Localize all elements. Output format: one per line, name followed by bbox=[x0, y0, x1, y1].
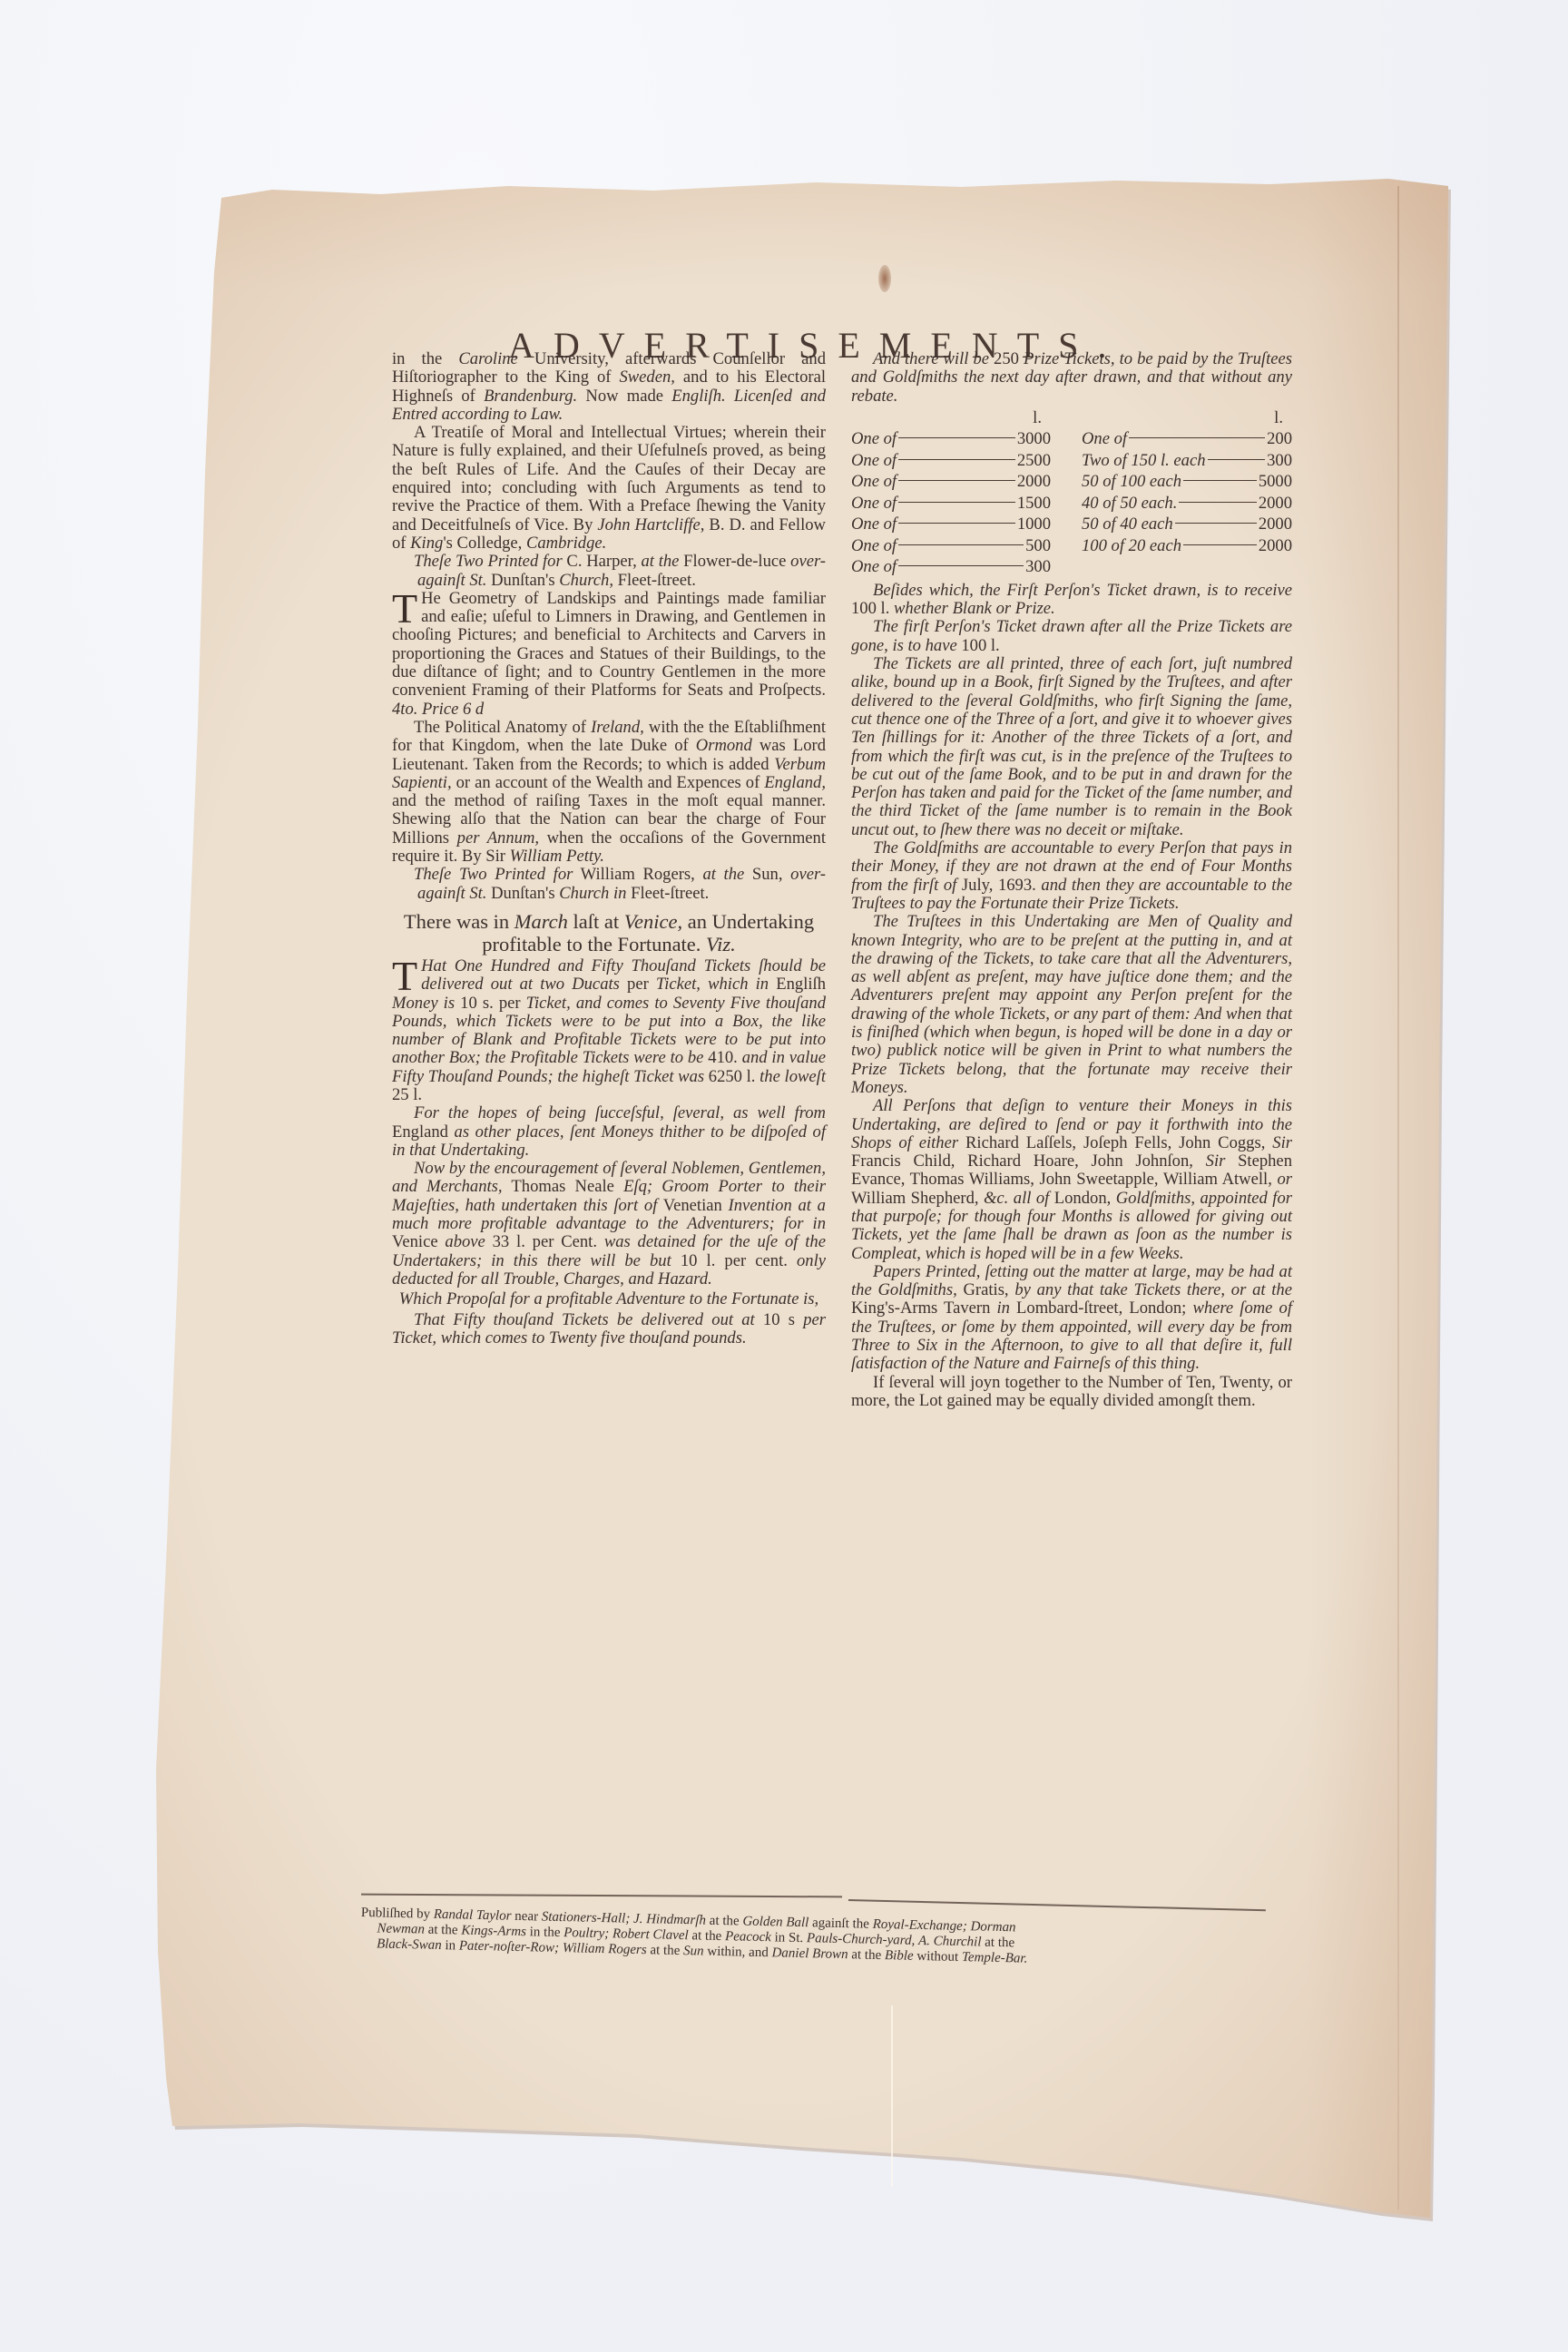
roman-run: 33 l. per Cent. bbox=[485, 1232, 604, 1251]
leader-dash bbox=[1175, 523, 1257, 524]
trustees-paragraph: The Truſtees in this Undertaking are Men… bbox=[851, 913, 1292, 1097]
prize-label: One of bbox=[1082, 428, 1127, 450]
lottery-paragraph-neale: Now by the encouragement of ſeveral Nobl… bbox=[392, 1160, 826, 1289]
prize-table: l. One of3000One of2500One of2000One of1… bbox=[851, 407, 1292, 578]
roman-run: July, 1693. bbox=[956, 876, 1041, 895]
prize-row: One of500 bbox=[851, 535, 1051, 557]
prize-row: One of2000 bbox=[851, 471, 1051, 493]
italic-run: Venice, bbox=[624, 910, 682, 933]
prize-label: Two of 150 l. each bbox=[1082, 450, 1206, 472]
roman-run: in St. bbox=[771, 1930, 808, 1945]
roman-run: Flower-de-luce bbox=[679, 552, 790, 571]
italic-run: Newman bbox=[377, 1921, 425, 1936]
leader-dash bbox=[898, 459, 1015, 460]
italic-run: The Truſtees in this Undertaking are Men… bbox=[851, 912, 1292, 1097]
join-together-paragraph: If ſeveral will joyn together to the Num… bbox=[851, 1374, 1292, 1411]
roman-run: Richard Laſſels, Joſeph Fells, John Cogg… bbox=[958, 1133, 1272, 1152]
roman-run: 100 l. bbox=[851, 599, 894, 618]
currency-unit-label: l. bbox=[851, 407, 1051, 429]
prize-amount: 2000 bbox=[1259, 493, 1292, 514]
roman-run: 25 l. bbox=[392, 1085, 422, 1104]
italic-run: For the hopes of being ſucceſsful, ſever… bbox=[414, 1103, 826, 1122]
italic-run: whether Blank or Prize. bbox=[894, 599, 1055, 618]
roman-run: in the bbox=[526, 1925, 564, 1940]
italic-run: John Hartcliffe, bbox=[597, 515, 704, 534]
prize-row: One of2500 bbox=[851, 450, 1051, 472]
prize-amount: 300 bbox=[1267, 450, 1292, 472]
advert-ireland-paragraph: The Political Anatomy of Ireland, with t… bbox=[392, 719, 826, 866]
italic-run: Poultry; bbox=[563, 1926, 609, 1941]
italic-run: Brandenburg. bbox=[484, 387, 577, 406]
prize-row: One of1000 bbox=[851, 514, 1051, 535]
prize-amount: 2500 bbox=[1017, 450, 1051, 472]
italic-run: The Tickets are all printed, three of ea… bbox=[851, 654, 1292, 839]
italic-run: Sun bbox=[683, 1944, 704, 1959]
leader-dash bbox=[1183, 480, 1257, 481]
leader-dash bbox=[898, 544, 1024, 545]
roman-run: at the bbox=[647, 1943, 684, 1958]
prize-table-left: l. One of3000One of2500One of2000One of1… bbox=[851, 407, 1051, 578]
roman-run: William Shepherd, bbox=[851, 1189, 984, 1208]
leader-dash bbox=[898, 565, 1024, 566]
italic-run: Beſides which, the Firſt Perſon's Ticket… bbox=[873, 581, 1292, 600]
prize-row: One of3000 bbox=[851, 428, 1051, 450]
leader-dash bbox=[1208, 459, 1266, 460]
italic-run: And there will be bbox=[873, 349, 989, 368]
italic-run: above bbox=[445, 1232, 485, 1251]
prize-row: One of1500 bbox=[851, 493, 1051, 514]
roman-run: per bbox=[620, 975, 656, 994]
italic-run: at the bbox=[642, 552, 680, 571]
prize-amount: 3000 bbox=[1017, 428, 1051, 450]
drop-cap: T bbox=[392, 592, 417, 626]
roman-run: Venetian bbox=[657, 1196, 728, 1215]
roman-run: 10 s. per bbox=[455, 994, 526, 1013]
italic-run: Ormond bbox=[696, 736, 752, 755]
italic-run: The firſt Perſon's Ticket drawn after al… bbox=[851, 617, 1292, 654]
italic-run: Ticket, which in bbox=[656, 975, 769, 994]
italic-run: Pater-noſter-Row; bbox=[459, 1938, 560, 1955]
italic-run: A. Churchil bbox=[918, 1934, 982, 1950]
prize-row: One of300 bbox=[851, 556, 1051, 578]
roman-run: Sun, bbox=[744, 865, 790, 884]
advert-geometry-text: He Geometry of Landskips and Paintings m… bbox=[392, 589, 826, 719]
prize-label: 50 of 100 each bbox=[1082, 471, 1181, 493]
roman-run: 250 bbox=[989, 349, 1024, 368]
italic-run: by any that take Tickets there, or at th… bbox=[1014, 1280, 1292, 1299]
prize-amount: 2000 bbox=[1259, 535, 1292, 557]
prize-amount: 2000 bbox=[1017, 471, 1051, 493]
leader-dash bbox=[898, 437, 1015, 438]
ticket-printing-paragraph: The Tickets are all printed, three of ea… bbox=[851, 655, 1292, 839]
roman-run: at the bbox=[706, 1914, 743, 1929]
italic-run: Cambridge. bbox=[526, 534, 606, 553]
roman-run: Engliſh bbox=[769, 975, 826, 994]
italic-run: or bbox=[1277, 1170, 1292, 1189]
roman-run: He Geometry of Landskips and Paintings m… bbox=[392, 589, 826, 700]
italic-run: Temple-Bar. bbox=[962, 1950, 1028, 1966]
prize-label: 100 of 20 each bbox=[1082, 535, 1181, 557]
italic-run: Kings-Arms bbox=[461, 1924, 526, 1940]
prize-row: One of200 bbox=[1082, 428, 1292, 450]
advert-geometry-paragraph: THe Geometry of Landskips and Paintings … bbox=[392, 590, 826, 719]
italic-run: England, bbox=[764, 773, 826, 792]
italic-run: William Rogers bbox=[563, 1941, 647, 1957]
italic-run: That Fifty thouſand Tickets be delivered… bbox=[414, 1310, 755, 1329]
imprint-rogers: Theſe Two Printed for William Rogers, at… bbox=[417, 866, 826, 903]
currency-unit-label: l. bbox=[1082, 407, 1292, 429]
roman-run: There was in bbox=[404, 910, 514, 933]
italic-run: at the bbox=[702, 865, 744, 884]
roman-run: C. Harper, bbox=[563, 552, 642, 571]
publisher-imprint: Publiſhed by Randal Taylor near Statione… bbox=[360, 1906, 1269, 1973]
italic-run: Caroline bbox=[458, 349, 517, 368]
drop-cap: T bbox=[392, 959, 417, 994]
goldsmiths-list-paragraph: All Perſons that deſign to venture their… bbox=[851, 1097, 1292, 1263]
roman-run: within, and bbox=[703, 1945, 771, 1961]
lottery-paragraph-proposal: That Fifty thouſand Tickets be delivered… bbox=[392, 1311, 826, 1348]
roman-run: Now made bbox=[577, 387, 671, 406]
prize-amount: 300 bbox=[1025, 556, 1051, 578]
italic-run: King bbox=[410, 534, 443, 553]
roman-run: in bbox=[441, 1938, 459, 1953]
italic-run: as other places, ſent Moneys thither to … bbox=[392, 1122, 826, 1160]
prize-amount: 2000 bbox=[1259, 514, 1292, 535]
roman-run: at the bbox=[425, 1923, 462, 1938]
roman-run: or an account of the Wealth and Expences… bbox=[452, 773, 765, 792]
prize-label: One of bbox=[851, 471, 897, 493]
leader-dash bbox=[898, 523, 1015, 524]
roman-run: at the bbox=[688, 1928, 725, 1944]
italic-run: Stationers-Hall; bbox=[542, 1910, 631, 1926]
prize-row: 50 of 40 each2000 bbox=[1082, 514, 1292, 535]
roman-run: 6250 l. bbox=[704, 1067, 759, 1086]
italic-run: Sir bbox=[1206, 1151, 1226, 1171]
first-ticket-paragraph: Beſides which, the Firſt Perſon's Ticket… bbox=[851, 582, 1292, 619]
prize-amount: 1000 bbox=[1017, 514, 1051, 535]
italic-run: Theſe Two Printed for bbox=[414, 865, 573, 884]
roman-run: 10 s bbox=[755, 1310, 803, 1329]
roman-run: at the bbox=[848, 1947, 885, 1963]
roman-run: 410. bbox=[703, 1048, 741, 1067]
prize-list-right: One of200Two of 150 l. each30050 of 100 … bbox=[1082, 428, 1292, 556]
roman-run: Lombard-ſtreet, London; bbox=[1010, 1298, 1192, 1318]
right-column: And there will be 250 Prize Tickets, to … bbox=[851, 350, 1292, 1410]
lottery-paragraph-venice: THat One Hundred and Fifty Thouſand Tick… bbox=[392, 957, 826, 1104]
prize-amount: 200 bbox=[1267, 428, 1292, 450]
prize-label: One of bbox=[851, 493, 897, 514]
roman-run: near bbox=[511, 1909, 542, 1925]
footer-divider-left bbox=[361, 1894, 842, 1898]
leader-dash bbox=[898, 480, 1015, 481]
italic-run: Church in bbox=[559, 884, 626, 903]
papers-printed-paragraph: Papers Printed, ſetting out the matter a… bbox=[851, 1263, 1292, 1374]
italic-run: &c. all of bbox=[984, 1189, 1049, 1208]
advert-paragraph: in the Caroline University, afterwards C… bbox=[392, 350, 826, 424]
prize-row: 100 of 20 each2000 bbox=[1082, 535, 1292, 557]
roman-run: King's-Arms Tavern bbox=[851, 1298, 996, 1318]
roman-run: If ſeveral will joyn together to the Num… bbox=[851, 1373, 1292, 1410]
italic-run: Viz. bbox=[706, 933, 736, 955]
roman-run: London, bbox=[1049, 1189, 1115, 1208]
advert-treatise-paragraph: A Treatiſe of Moral and Intellectual Vir… bbox=[392, 424, 826, 553]
italic-run: Ireland, bbox=[591, 718, 644, 737]
roman-run: England bbox=[392, 1122, 455, 1142]
italic-run: Black-Swan bbox=[377, 1936, 442, 1953]
prize-label: One of bbox=[851, 450, 897, 472]
prize-amount: 5000 bbox=[1259, 471, 1292, 493]
prize-row: Two of 150 l. each300 bbox=[1082, 450, 1292, 472]
roman-run: without bbox=[913, 1949, 962, 1965]
prize-label: One of bbox=[851, 535, 897, 557]
leader-dash bbox=[1179, 502, 1256, 503]
roman-run: 's Colledge, bbox=[443, 534, 526, 553]
proposal-heading: Which Propoſal for a profitable Adventur… bbox=[392, 1290, 826, 1308]
roman-run: againſt the bbox=[808, 1916, 873, 1932]
roman-run: Francis Child, Richard Hoare, John Johnſ… bbox=[851, 1151, 1206, 1171]
last-ticket-paragraph: The firſt Perſon's Ticket drawn after al… bbox=[851, 618, 1292, 655]
italic-run: Dorman bbox=[970, 1919, 1015, 1935]
italic-run: William Petty. bbox=[510, 847, 604, 866]
roman-run: Dunſtan's bbox=[486, 571, 559, 590]
italic-run: Theſe Two Printed for bbox=[414, 552, 563, 571]
italic-run: Sir bbox=[1272, 1133, 1292, 1152]
roman-run: Gratis, bbox=[957, 1280, 1015, 1299]
prize-label: One of bbox=[851, 556, 897, 578]
prize-row: 40 of 50 each.2000 bbox=[1082, 493, 1292, 514]
leader-dash bbox=[898, 502, 1015, 503]
italic-run: Bible bbox=[885, 1948, 914, 1964]
roman-run: at the bbox=[981, 1935, 1014, 1951]
italic-run: Pauls-Church-yard bbox=[807, 1931, 912, 1948]
prize-amount: 500 bbox=[1025, 535, 1051, 557]
italic-run: the loweſt bbox=[759, 1067, 826, 1086]
prize-label: One of bbox=[851, 428, 897, 450]
roman-run: 100 l. bbox=[957, 636, 1000, 655]
italic-run: Daniel Brown bbox=[771, 1945, 848, 1962]
prize-row: 50 of 100 each5000 bbox=[1082, 471, 1292, 493]
italic-run: Church, bbox=[559, 571, 613, 590]
broadsheet: ADVERTISEMENTS. in the Caroline Universi… bbox=[0, 0, 1568, 2352]
prize-amount: 1500 bbox=[1017, 493, 1051, 514]
left-column: in the Caroline University, afterwards C… bbox=[392, 350, 826, 1347]
roman-run: in the bbox=[392, 349, 458, 368]
italic-run: in bbox=[996, 1298, 1009, 1318]
lottery-venice-text: Hat One Hundred and Fifty Thouſand Ticke… bbox=[392, 956, 826, 1104]
roman-run: Publiſhed by bbox=[361, 1906, 434, 1922]
imprint-harper: Theſe Two Printed for C. Harper, at the … bbox=[417, 553, 826, 590]
italic-run: Golden Ball bbox=[742, 1915, 808, 1931]
roman-run: 10 l. per cent. bbox=[671, 1251, 797, 1270]
prize-label: 40 of 50 each. bbox=[1082, 493, 1177, 514]
italic-run: Money is bbox=[392, 994, 455, 1013]
roman-run: Fleet-ſtreet. bbox=[626, 884, 709, 903]
italic-run: Robert Clavel bbox=[612, 1926, 689, 1943]
roman-run: Dunſtan's bbox=[486, 884, 559, 903]
leader-dash bbox=[1183, 544, 1257, 545]
italic-run: March bbox=[514, 910, 568, 933]
italic-run: Peacock bbox=[725, 1929, 771, 1945]
roman-run: William Rogers, bbox=[573, 865, 702, 884]
italic-run: Royal-Exchange; bbox=[873, 1917, 967, 1934]
prize-list-left: One of3000One of2500One of2000One of1500… bbox=[851, 428, 1051, 578]
prize-table-right: l. One of200Two of 150 l. each30050 of 1… bbox=[1082, 407, 1292, 578]
prize-label: 50 of 40 each bbox=[1082, 514, 1173, 535]
italic-run: Sweden, bbox=[619, 367, 674, 387]
prize-intro-paragraph: And there will be 250 Prize Tickets, to … bbox=[851, 350, 1292, 406]
lottery-headline: There was in March laſt at Venice, an Un… bbox=[392, 910, 826, 955]
roman-run: Venice bbox=[392, 1232, 445, 1251]
roman-run: laſt at bbox=[568, 910, 624, 933]
roman-run: Fleet-ſtreet. bbox=[613, 571, 696, 590]
leader-dash bbox=[1129, 437, 1265, 438]
italic-run: per Annum, bbox=[457, 828, 539, 848]
italic-run: Randal Taylor bbox=[434, 1907, 512, 1924]
roman-run: The Political Anatomy of bbox=[414, 718, 591, 737]
goldsmiths-accountable-paragraph: The Goldſmiths are accountable to every … bbox=[851, 839, 1292, 913]
italic-run: 4to. Price 6 d bbox=[392, 700, 484, 719]
footer-divider-right bbox=[848, 1899, 1266, 1911]
prize-label: One of bbox=[851, 514, 897, 535]
lottery-paragraph-hopes: For the hopes of being ſucceſsful, ſever… bbox=[392, 1104, 826, 1160]
italic-run: J. Hindmarſh bbox=[633, 1912, 706, 1928]
roman-run: Thomas Neale bbox=[503, 1177, 624, 1196]
